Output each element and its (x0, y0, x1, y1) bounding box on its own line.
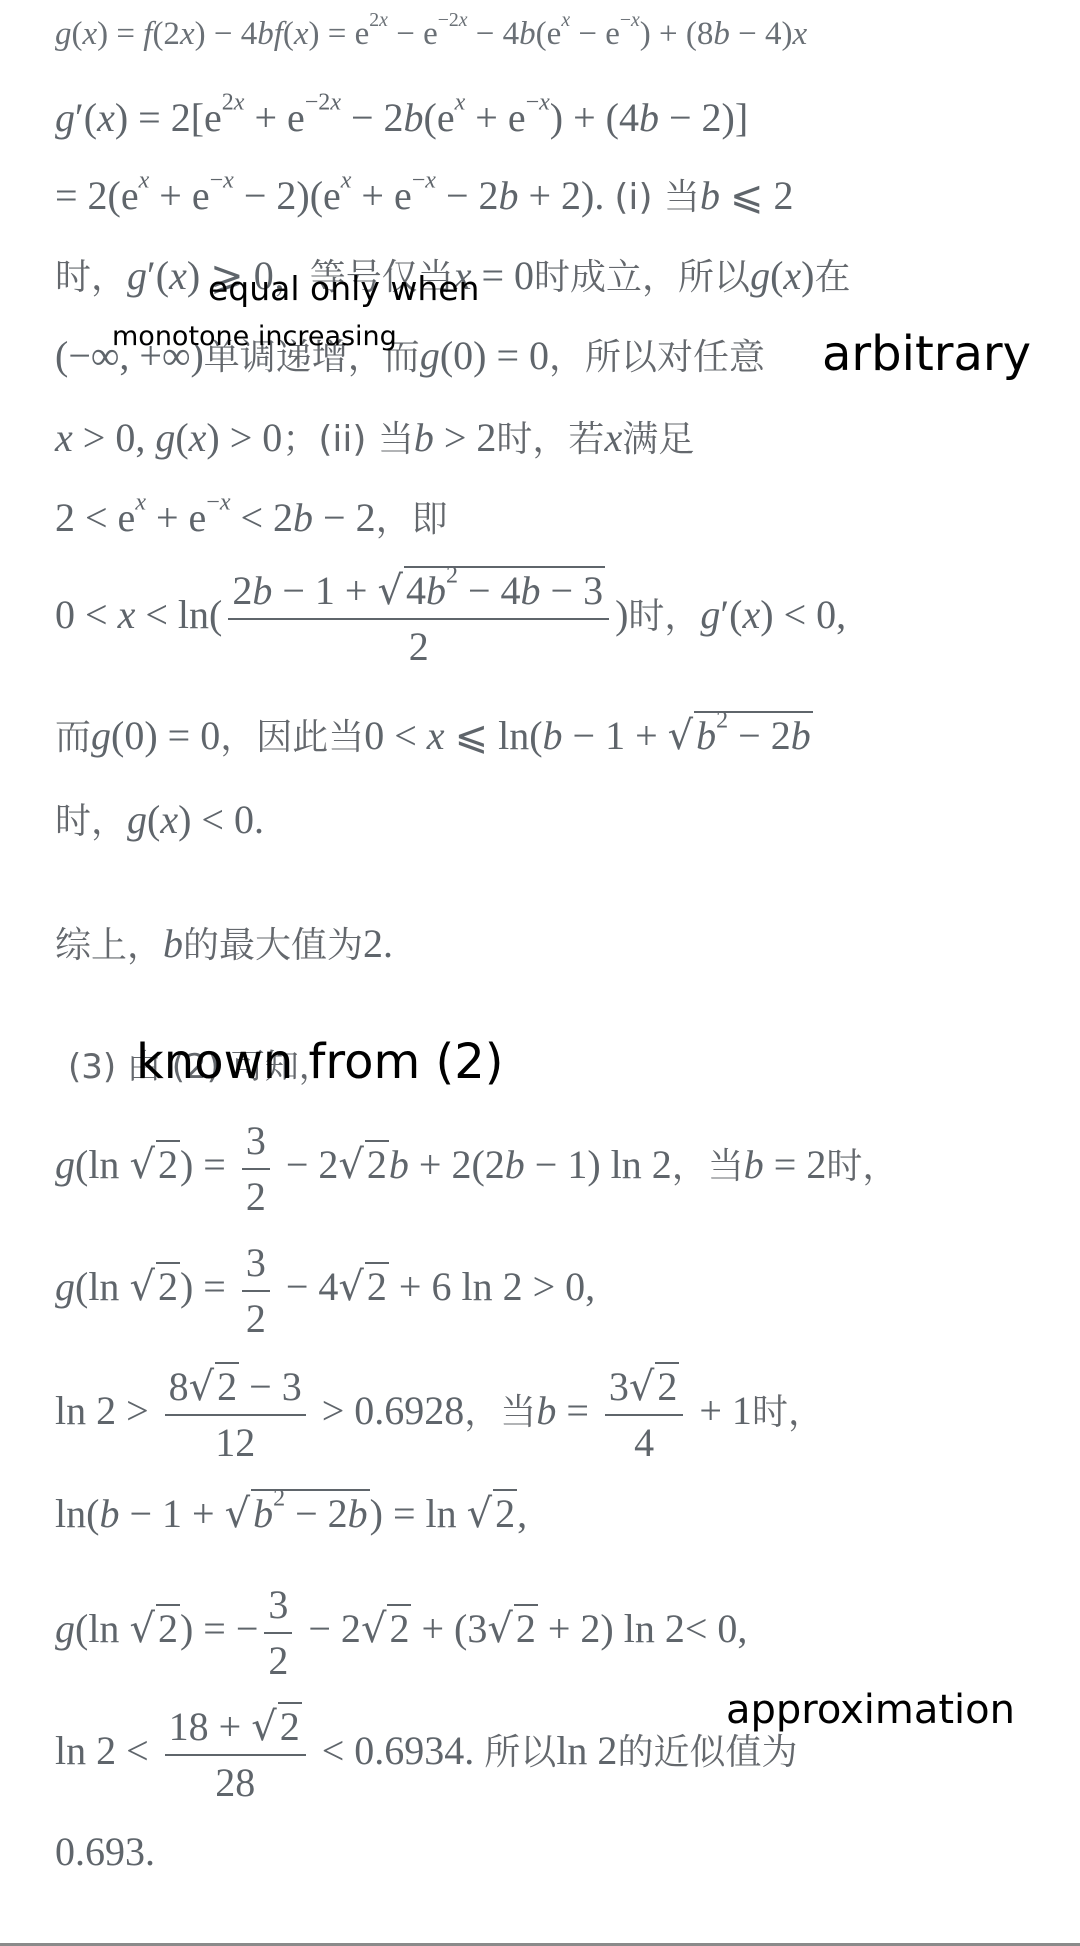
text-g-negative-interval: 而g(0) = 0，因此当0 < x ⩽ ln(b − 1 + √b2 − 2b (55, 716, 813, 756)
translation-overlay-equal-only-when: equal only when (208, 272, 479, 305)
math-solution-document: g(x) = f(2x) − 4bf(x) = e2x − e−2x − 4b(… (0, 0, 1080, 1946)
translation-overlay-monotone-increasing: monotone increasing (112, 323, 397, 350)
equation-ln-equals-ln-sqrt2: ln(b − 1 + √b2 − 2b) = ln √2, (55, 1494, 527, 1534)
equation-g-ln-sqrt2-b2: g(ln √2) = 32 − 4√2 + 6 ln 2 > 0, (55, 1240, 595, 1342)
text-b-maximum-conclusion: 综上，b的最大值为2. (55, 924, 393, 964)
text-case-ii-start: x > 0, g(x) > 0；(ii) 当b > 2时，若x满足 (55, 418, 694, 458)
translation-overlay-arbitrary: arbitrary (822, 330, 1031, 378)
fraction: 32 (242, 1240, 270, 1342)
final-answer-value: 0.693. (55, 1832, 155, 1872)
fraction: 32 (242, 1118, 270, 1220)
fraction: 18 + √228 (165, 1704, 306, 1806)
equation-g-definition: g(x) = f(2x) − 4bf(x) = e2x − e−2x − 4b(… (55, 18, 807, 51)
inequality-x-log-bound: 0 < x < ln(2b − 1 + √4b2 − 4b − 32)时，g′(… (55, 568, 846, 670)
fraction: 8√2 − 312 (165, 1364, 306, 1466)
inequality-ln2-upper-bound: ln 2 < 18 + √228 < 0.6934. 所以ln 2的近似值为 (55, 1704, 797, 1806)
fraction: 2b − 1 + √4b2 − 4b − 32 (228, 568, 609, 670)
equation-g-ln-sqrt2-negative: g(ln √2) = −32 − 2√2 + (3√2 + 2) ln 2< 0… (55, 1582, 747, 1684)
inequality-ln2-lower-bound: ln 2 > 8√2 − 312 > 0.6928，当b = 3√24 + 1时… (55, 1364, 824, 1466)
translation-overlay-known-from-2: known from (2) (136, 1038, 503, 1086)
translation-overlay-approximation: approximation (726, 1690, 1015, 1730)
equation-factored-derivative: = 2(ex + e−x − 2)(ex + e−x − 2b + 2). (i… (55, 176, 793, 216)
fraction: 3√24 (605, 1364, 684, 1466)
equation-g-ln-sqrt2-general: g(ln √2) = 32 − 2√2b + 2(2b − 1) ln 2，当b… (55, 1118, 898, 1220)
text-g-negative-conclusion: 时，g(x) < 0. (55, 800, 264, 840)
fraction: 32 (264, 1582, 292, 1684)
equation-g-derivative: g′(x) = 2[e2x + e−2x − 2b(ex + e−x) + (4… (55, 98, 748, 138)
inequality-exponential-bound: 2 < ex + e−x < 2b − 2，即 (55, 498, 448, 538)
